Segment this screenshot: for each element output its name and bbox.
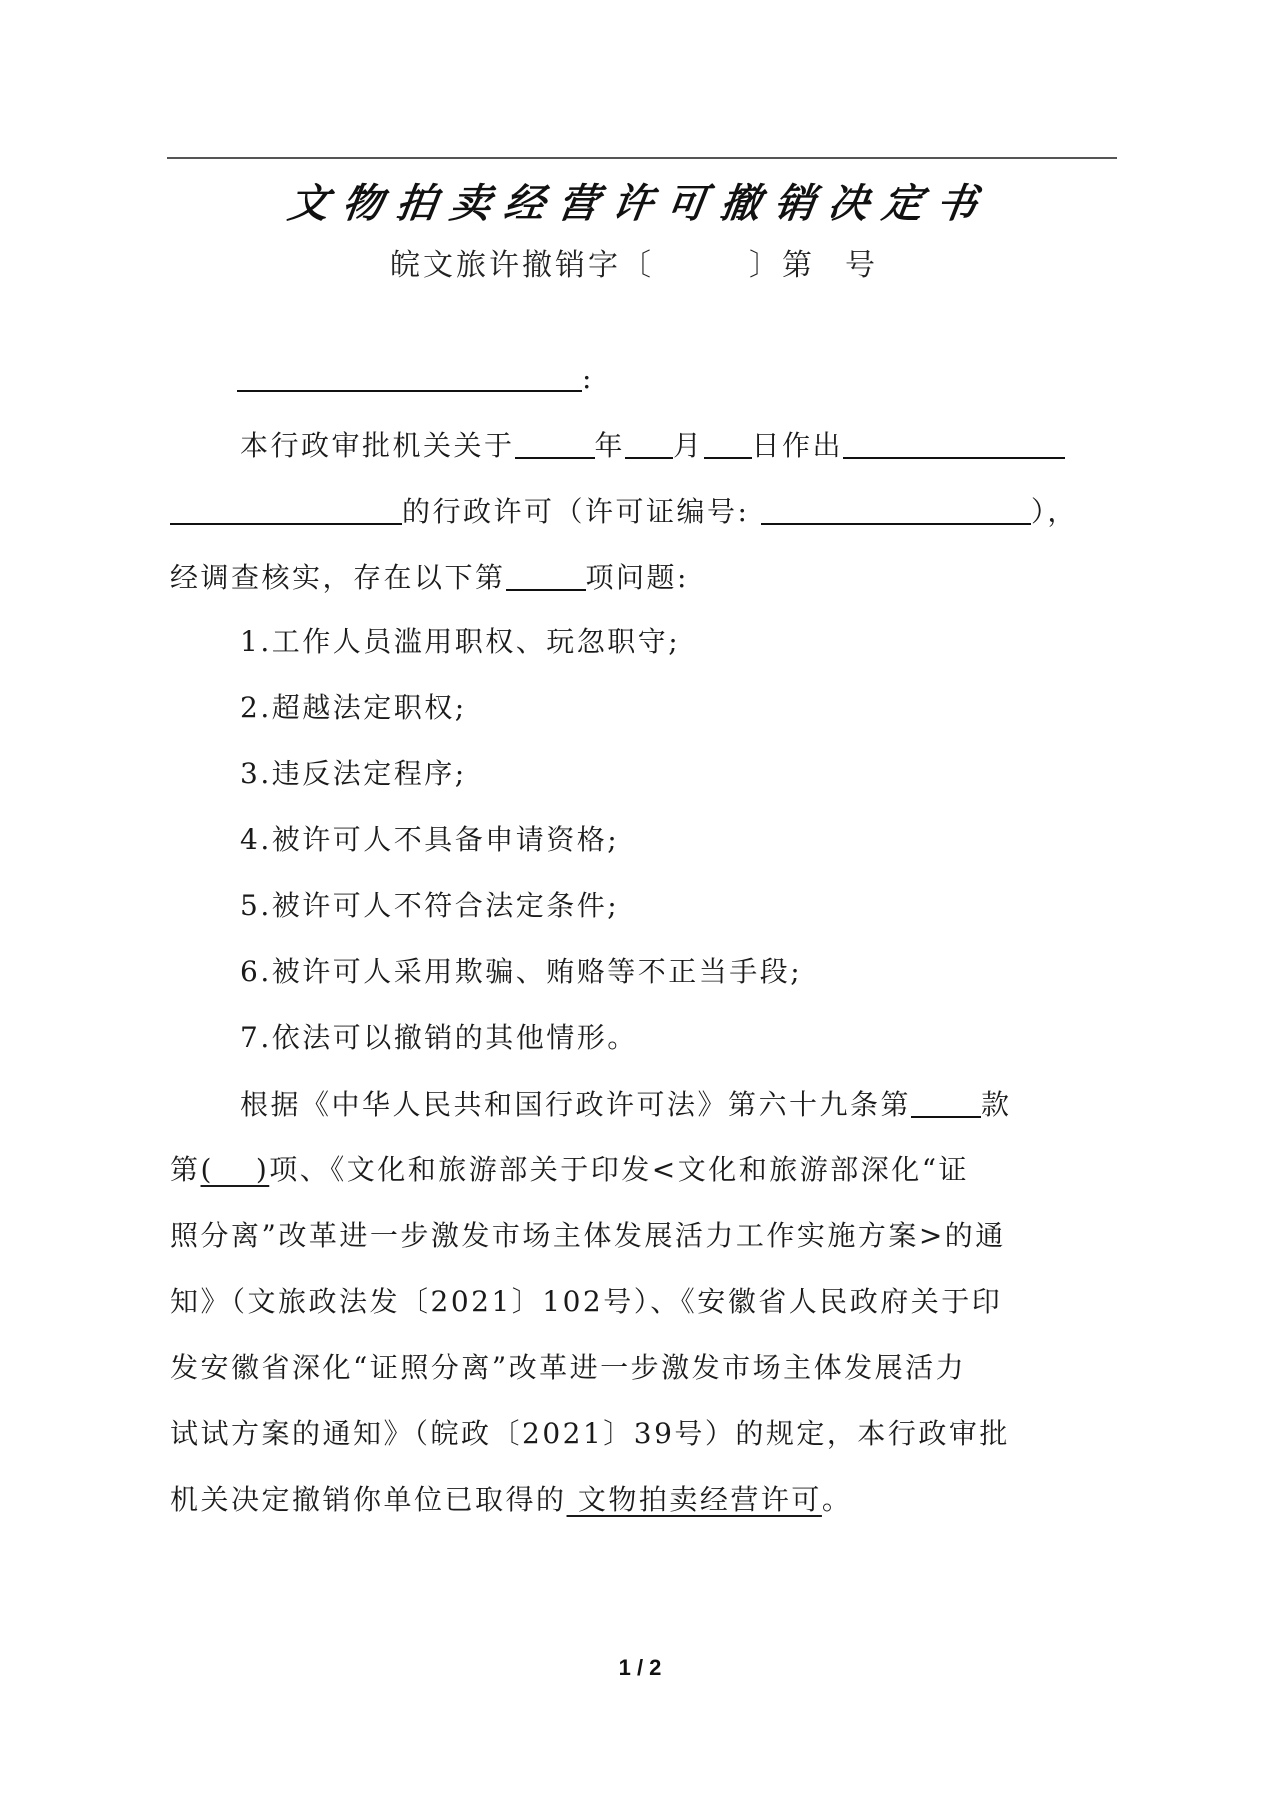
revoked-permit-name: 文物拍卖经营许可: [567, 1483, 822, 1516]
para1-text: 本行政审批机关关于: [240, 429, 515, 462]
day-label: 日作出: [752, 429, 844, 462]
basis-line6: 试试方案的通知》（皖政〔2021〕39号）的规定，本行政审批: [170, 1412, 1010, 1452]
permit-content-blank: [843, 429, 1065, 459]
basis-text: 第: [170, 1153, 201, 1186]
basis-line4: 知》（文旅政法发〔2021〕102号）、《安徽省人民政府关于印: [170, 1280, 1002, 1320]
day-blank: [704, 429, 752, 459]
issue-item: 4.被许可人不具备申请资格;: [240, 818, 619, 858]
basis-text: 。: [822, 1483, 853, 1516]
year-blank: [515, 429, 595, 459]
issues-intro-end: 项问题:: [586, 561, 689, 594]
document-title: 文物拍卖经营许可撤销决定书: [0, 172, 1280, 229]
doc-number-suffix: 号: [845, 248, 878, 283]
basis-text: 项、《文化和旅游部关于印发<文化和旅游部深化“证: [269, 1153, 969, 1186]
issue-item: 1.工作人员滥用职权、玩忽职守;: [240, 620, 680, 660]
paragraph-blank: [911, 1088, 981, 1118]
document-number: 皖文旅许撤销字〔〕第号: [390, 240, 878, 284]
para1-line2: 的行政许可（许可证编号: ），: [170, 490, 1078, 530]
month-label: 月: [673, 429, 704, 462]
para1-line1: 本行政审批机关关于年月日作出: [240, 424, 1065, 464]
basis-line1: 根据《中华人民共和国行政许可法》第六十九条第款: [240, 1083, 1012, 1123]
basis-text: 款: [981, 1088, 1012, 1121]
basis-line3: 照分离”改革进一步激发市场主体发展活力工作实施方案>的通: [170, 1214, 1006, 1254]
page-number: 1 / 2: [0, 1655, 1280, 1681]
recipient-line: :: [237, 362, 594, 395]
permit-label: 的行政许可（许可证编号:: [402, 495, 749, 528]
recipient-colon: :: [582, 362, 594, 395]
basis-line2: 第( )项、《文化和旅游部关于印发<文化和旅游部深化“证: [170, 1148, 969, 1188]
issues-intro: 经调查核实，存在以下第: [170, 561, 506, 594]
permit-close: ），: [1031, 495, 1078, 528]
header-rule: [167, 157, 1117, 159]
basis-line5: 发安徽省深化“证照分离”改革进一步激发市场主体发展活力: [170, 1346, 966, 1386]
basis-text: 机关决定撤销你单位已取得的: [170, 1483, 567, 1516]
para1-line3: 经调查核实，存在以下第项问题:: [170, 556, 689, 596]
item-blank: ( ): [201, 1153, 270, 1186]
issue-item: 2.超越法定职权;: [240, 686, 467, 726]
basis-line7: 机关决定撤销你单位已取得的 文物拍卖经营许可。: [170, 1478, 852, 1518]
issue-item: 6.被许可人采用欺骗、贿赂等不正当手段;: [240, 950, 802, 990]
year-label: 年: [595, 429, 626, 462]
issue-item: 3.违反法定程序;: [240, 752, 467, 792]
issue-item: 7.依法可以撤销的其他情形。: [240, 1016, 638, 1056]
permit-content-blank-cont: [170, 495, 402, 525]
recipient-blank: [237, 362, 582, 392]
doc-number-prefix: 皖文旅许撤销字〔: [390, 248, 654, 283]
month-blank: [625, 429, 673, 459]
issue-number-blank: [506, 561, 586, 591]
doc-number-bracket-close: 〕第: [749, 248, 815, 283]
license-number-blank: [761, 495, 1031, 525]
issue-item: 5.被许可人不符合法定条件;: [240, 884, 619, 924]
document-page: 文物拍卖经营许可撤销决定书 皖文旅许撤销字〔〕第号 : 本行政审批机关关于年月日…: [0, 0, 1280, 1810]
basis-text: 根据《中华人民共和国行政许可法》第六十九条第: [240, 1088, 911, 1121]
